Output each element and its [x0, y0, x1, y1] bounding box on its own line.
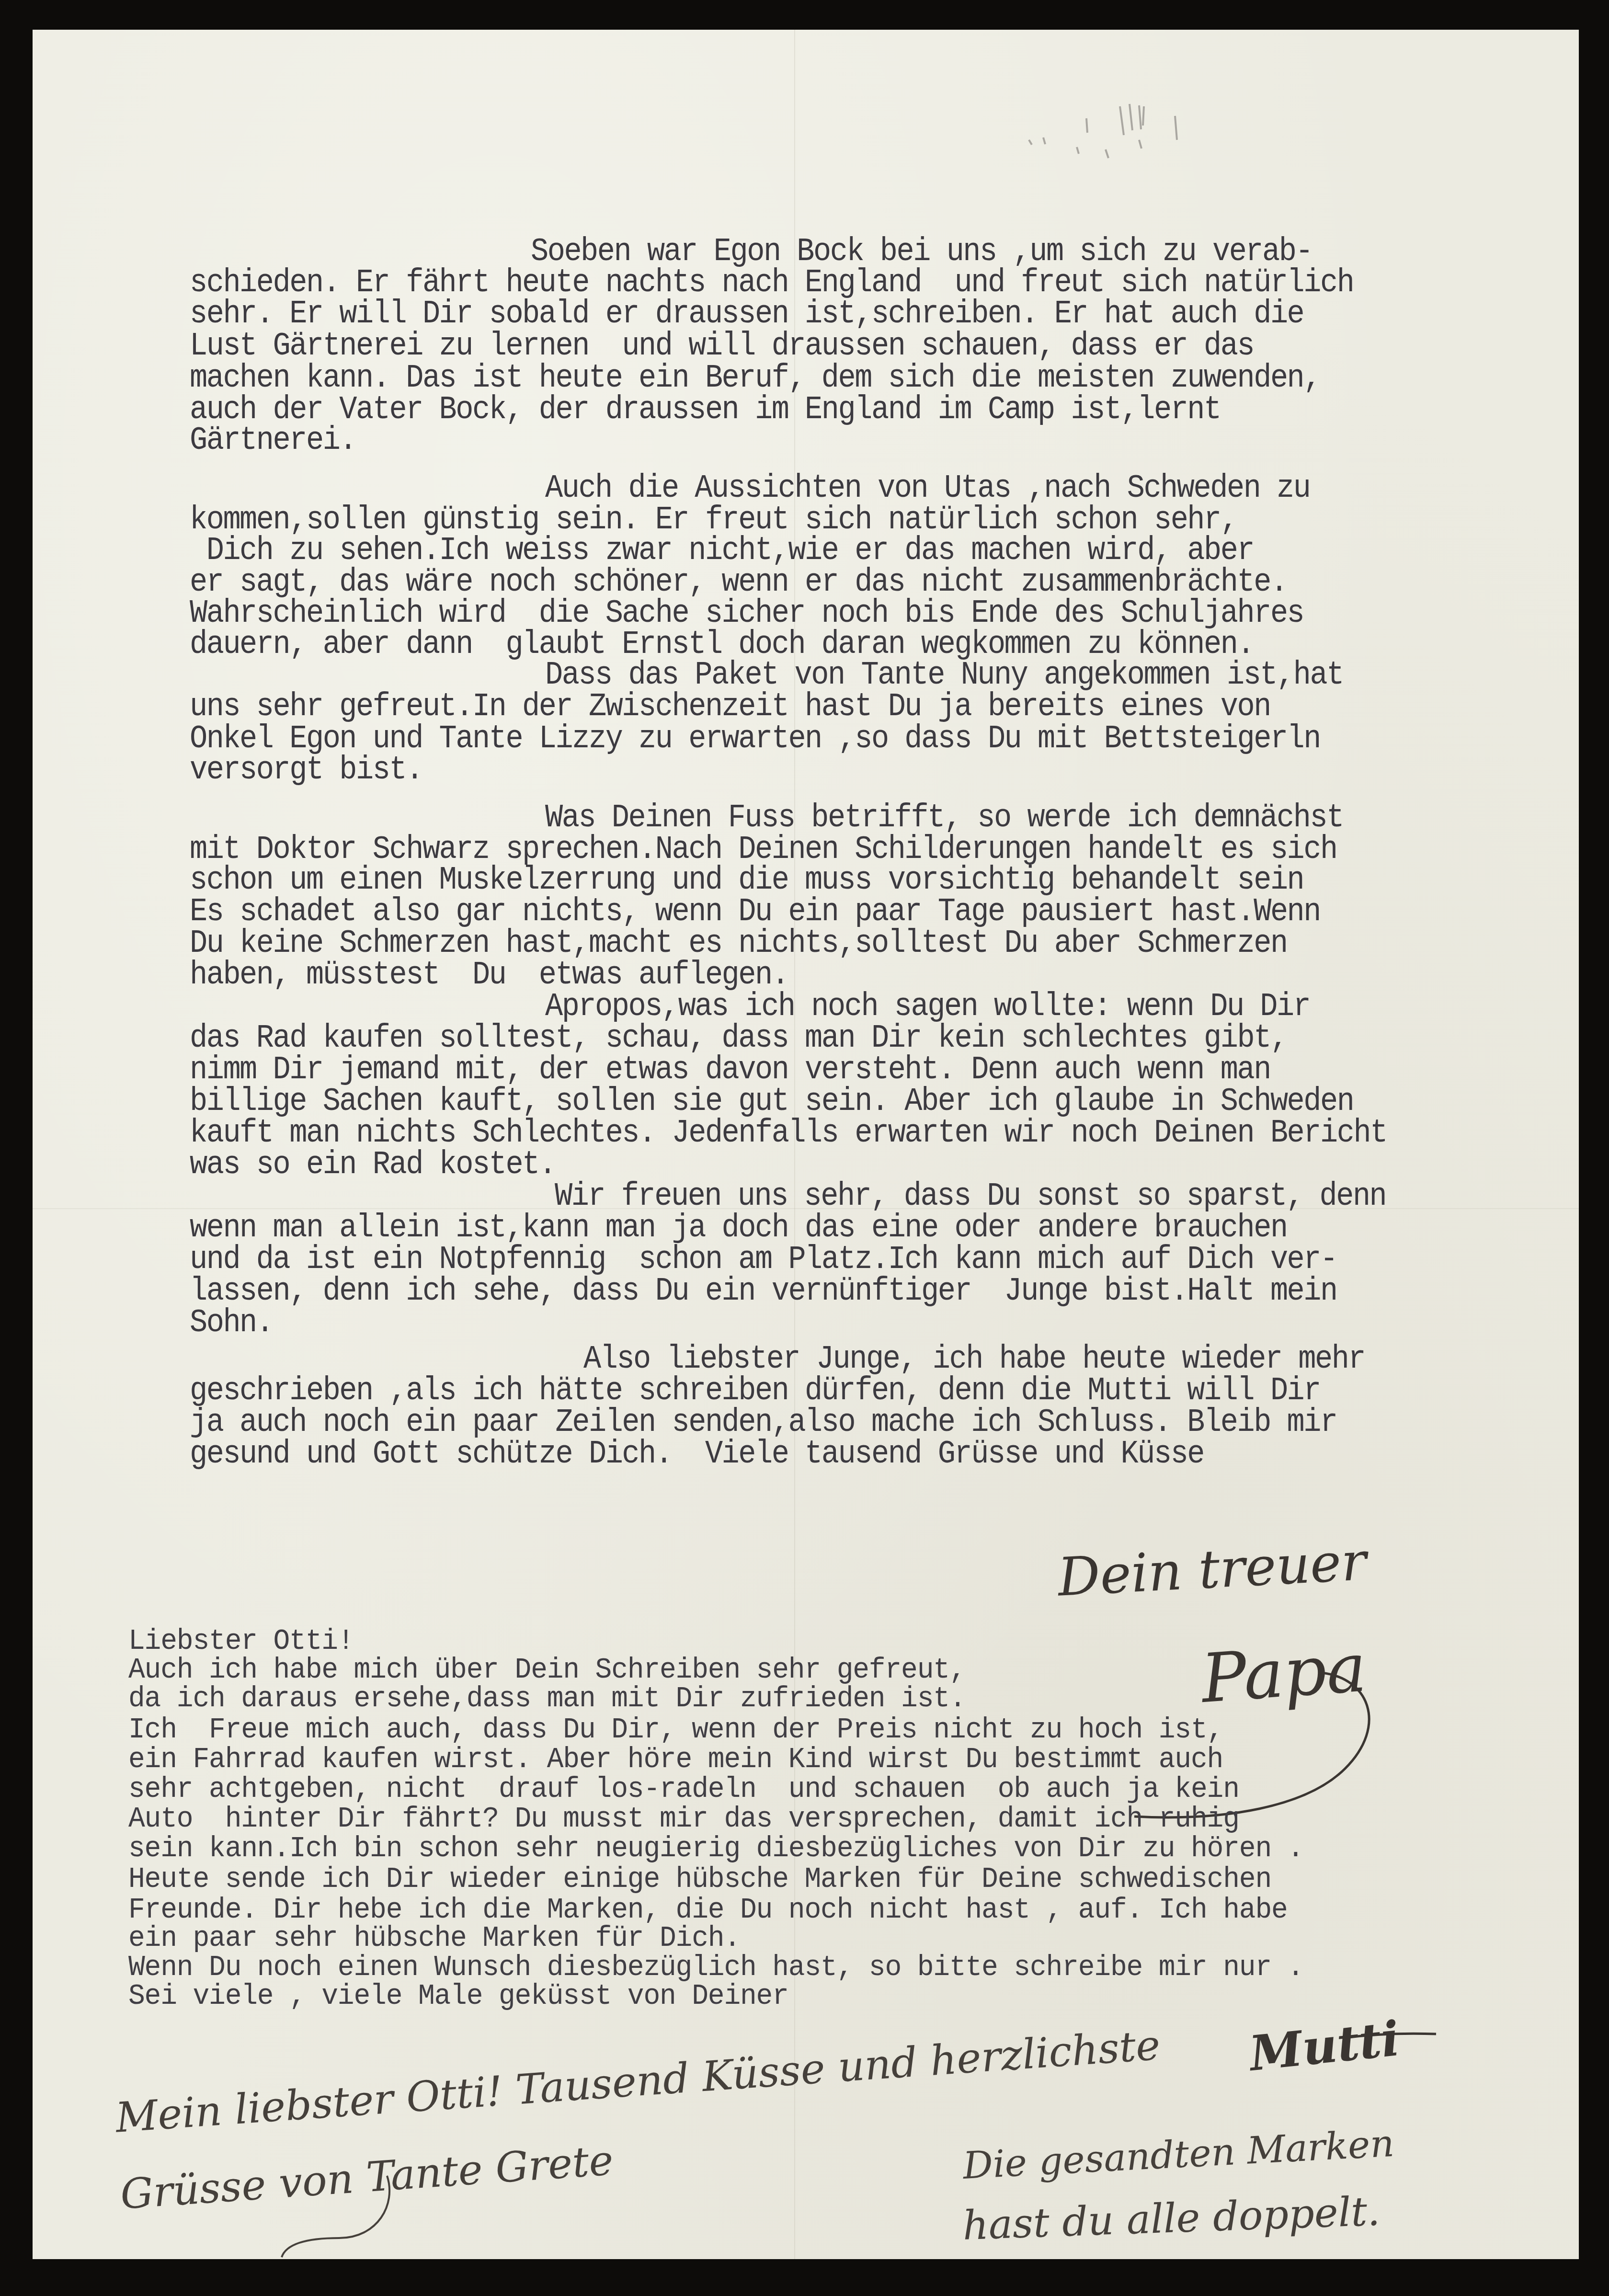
typed-line: und da ist ein Notpfennig schon am Platz… — [190, 1243, 1337, 1276]
typed-line: Wenn Du noch einen Wunsch diesbezüglich … — [128, 1953, 1303, 1983]
typed-line: Dass das Paket von Tante Nuny angekommen… — [545, 658, 1343, 691]
typed-line: Dich zu sehen.Ich weiss zwar nicht,wie e… — [190, 534, 1254, 567]
typed-line: was so ein Rad kostet. — [190, 1148, 556, 1181]
typed-line: ein Fahrrad kaufen wirst. Aber höre mein… — [128, 1746, 1223, 1775]
typed-line: ja auch noch ein paar Zeilen senden,also… — [190, 1405, 1337, 1439]
postscript-right-line2: hast du alle doppelt. — [962, 2188, 1381, 2249]
typed-line: Sohn. — [190, 1306, 273, 1339]
typed-line: gesund und Gott schütze Dich. Viele taus… — [190, 1437, 1204, 1470]
signature-overline-icon — [1345, 2032, 1441, 2042]
typed-line: Freunde. Dir hebe ich die Marken, die Du… — [128, 1896, 1288, 1925]
typed-line: Ich Freue mich auch, dass Du Dir, wenn d… — [128, 1716, 1223, 1745]
typed-line: das Rad kaufen solltest, schau, dass man… — [190, 1021, 1287, 1054]
typed-line: ein paar sehr hübsche Marken für Dich. — [128, 1924, 740, 1953]
typed-line: Sei viele , viele Male geküsst von Deine… — [128, 1982, 788, 2011]
typed-line: haben, müsstest Du etwas auflegen. — [190, 958, 788, 991]
typed-line: kauft man nichts Schlechtes. Jedenfalls … — [190, 1116, 1387, 1149]
typed-line: uns sehr gefreut.In der Zwischenzeit has… — [190, 690, 1270, 723]
typed-line: nimm Dir jemand mit, der etwas davon ver… — [190, 1053, 1270, 1086]
typed-line: Was Deinen Fuss betrifft, so werde ich d… — [545, 801, 1343, 834]
salutation: Liebster Otti! — [128, 1627, 354, 1656]
handwritten-signature-mutti: Mutti — [1247, 2010, 1402, 2082]
postscript-right-line1: Die gesandten Marken — [962, 2122, 1395, 2188]
typed-line: schon um einen Muskelzerrung und die mus… — [190, 863, 1303, 896]
typed-line: Du keine Schmerzen hast,macht es nichts,… — [190, 926, 1287, 960]
typed-line: Auch die Aussichten von Utas ,nach Schwe… — [545, 471, 1310, 504]
typed-line: Auto hinter Dir fährt? Du musst mir das … — [128, 1805, 1239, 1834]
postscript-tante-grete-line1: Mein liebster Otti! Tausend Küsse und he… — [114, 2022, 1162, 2142]
typed-line: sein kann.Ich bin schon sehr neugierig d… — [128, 1835, 1303, 1864]
typed-line: Gärtnerei. — [190, 423, 356, 457]
typed-line: sehr. Er will Dir sobald er draussen ist… — [190, 297, 1303, 330]
typed-line: sehr achtgeben, nicht drauf los-radeln u… — [128, 1775, 1239, 1805]
typed-line: geschrieben ,als ich hätte schreiben dür… — [190, 1374, 1320, 1407]
typed-line: billige Sachen kauft, sollen sie gut sei… — [190, 1085, 1353, 1118]
typed-line: Lust Gärtnerei zu lernen und will drauss… — [190, 329, 1254, 362]
typed-line: Es schadet also gar nichts, wenn Du ein … — [190, 895, 1320, 928]
typed-line: wenn man allein ist,kann man ja doch das… — [190, 1211, 1287, 1244]
typed-line: da ich daraus ersehe,dass man mit Dir zu… — [128, 1685, 966, 1714]
handwritten-closing: Dein treuer — [1056, 1531, 1368, 1608]
typed-line: machen kann. Das ist heute ein Beruf, de… — [190, 361, 1320, 394]
typed-line: Heute sende ich Dir wieder einige hübsch… — [128, 1865, 1271, 1895]
typed-line: Apropos,was ich noch sagen wollte: wenn … — [545, 990, 1310, 1023]
typed-line: versorgt bist. — [190, 753, 422, 786]
pencil-marks-icon — [991, 78, 1230, 173]
typed-line: Also liebster Junge, ich habe heute wied… — [583, 1342, 1365, 1375]
typed-line: Wir freuen uns sehr, dass Du sonst so sp… — [555, 1179, 1386, 1212]
letter-paper: Soeben war Egon Bock bei uns ,um sich zu… — [33, 30, 1579, 2259]
typed-line: lassen, denn ich sehe, dass Du ein vernü… — [190, 1274, 1337, 1307]
typed-line: Auch ich habe mich über Dein Schreiben s… — [128, 1656, 966, 1685]
postscript-flourish-icon — [272, 2166, 397, 2257]
